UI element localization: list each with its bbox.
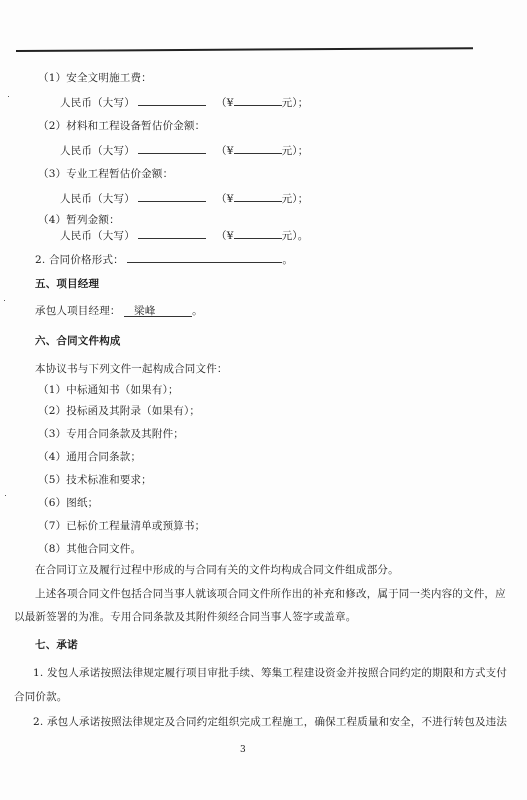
amount-prefix: 人民币（大写） <box>60 193 135 205</box>
document-page: （1）安全文明施工费： 人民币（大写） （¥元）； （2）材料和工程设备暂估价金… <box>0 0 527 800</box>
project-manager-label: 承包人项目经理： <box>35 305 121 317</box>
price-item-4-label: （4）暂列金额： <box>38 213 120 227</box>
amount-words-blank <box>138 228 206 239</box>
amount-number-blank <box>234 191 282 202</box>
amount-number-blank <box>234 228 282 239</box>
yen-open: （¥ <box>216 193 234 205</box>
price-item-1-label: （1）安全文明施工费： <box>38 71 152 85</box>
contract-document-item: （6）图纸； <box>38 496 98 510</box>
scan-speck <box>5 495 6 496</box>
amount-prefix: 人民币（大写） <box>60 230 135 242</box>
amount-prefix: 人民币（大写） <box>60 97 135 109</box>
header-rule <box>16 47 473 52</box>
price-item-3-amount: 人民币（大写） （¥元）； <box>60 191 308 206</box>
project-manager-line: 承包人项目经理： 梁峰。 <box>35 304 203 318</box>
price-item-3-label: （3）专业工程暂估价金额： <box>38 167 173 181</box>
contract-price-form-label: 2. 合同价格形式： <box>35 254 124 266</box>
contract-price-form-blank <box>127 252 282 263</box>
scan-speck <box>4 300 5 301</box>
contract-document-item: （7）已标价工程量清单或预算书； <box>38 519 205 533</box>
yen-open: （¥ <box>216 97 234 109</box>
contract-document-item: （3）专用合同条款及其附件； <box>38 427 184 441</box>
amount-prefix: 人民币（大写） <box>60 145 135 157</box>
yen-open: （¥ <box>216 145 234 157</box>
page-number: 3 <box>240 745 246 755</box>
yen-close: 元）； <box>282 97 309 109</box>
period: 。 <box>282 254 293 266</box>
section-7-item-2-line-1: 2. 承包人承诺按照法律规定及合同约定组织完成工程施工，确保工程质量和安全，不进… <box>33 715 507 729</box>
amount-number-blank <box>234 95 282 106</box>
section-5-heading: 五、项目经理 <box>35 277 99 291</box>
section-7-item-1-line-2: 合同价款。 <box>14 690 68 704</box>
price-item-4-amount: 人民币（大写） （¥元）。 <box>60 228 308 243</box>
section-6-heading: 六、合同文件构成 <box>35 334 121 348</box>
amount-number-blank <box>234 143 282 154</box>
section-6-paragraph-1: 在合同订立及履行过程中形成的与合同有关的文件均构成合同文件组成部分。 <box>35 563 399 577</box>
amount-words-blank <box>138 191 206 202</box>
yen-open: （¥ <box>216 230 234 242</box>
section-7-item-1-line-1: 1. 发包人承诺按照法律规定履行项目审批手续、筹集工程建设资金并按照合同约定的期… <box>33 666 507 680</box>
contract-document-item: （4）通用合同条款； <box>38 450 141 464</box>
contract-price-form: 2. 合同价格形式： 。 <box>35 252 293 267</box>
section-6-paragraph-2-line-1: 上述各项合同文件包括合同当事人就该项合同文件所作出的补充和修改，属于同一类内容的… <box>35 587 506 601</box>
project-manager-name: 梁峰 <box>124 304 192 317</box>
contract-document-item: （2）投标函及其附录（如果有）； <box>38 404 200 418</box>
contract-document-item: （5）技术标准和要求； <box>38 473 152 487</box>
section-6-intro: 本协议书与下列文件一起构成合同文件： <box>35 362 228 376</box>
amount-words-blank <box>138 95 206 106</box>
section-6-paragraph-2-line-2: 以最新签署的为准。专用合同条款及其附件须经合同当事人签字或盖章。 <box>14 610 356 624</box>
price-item-2-label: （2）材料和工程设备暂估价金额： <box>38 119 205 133</box>
yen-close: 元）。 <box>282 230 309 242</box>
period: 。 <box>192 305 203 317</box>
section-7-heading: 七、承诺 <box>35 638 78 652</box>
yen-close: 元）； <box>282 193 309 205</box>
price-item-1-amount: 人民币（大写） （¥元）； <box>60 95 308 110</box>
contract-document-item: （8）其他合同文件。 <box>38 542 141 556</box>
amount-words-blank <box>138 143 206 154</box>
yen-close: 元）； <box>282 145 309 157</box>
scan-speck <box>8 96 9 97</box>
contract-document-item: （1）中标通知书（如果有）； <box>38 383 179 397</box>
price-item-2-amount: 人民币（大写） （¥元）； <box>60 143 308 158</box>
